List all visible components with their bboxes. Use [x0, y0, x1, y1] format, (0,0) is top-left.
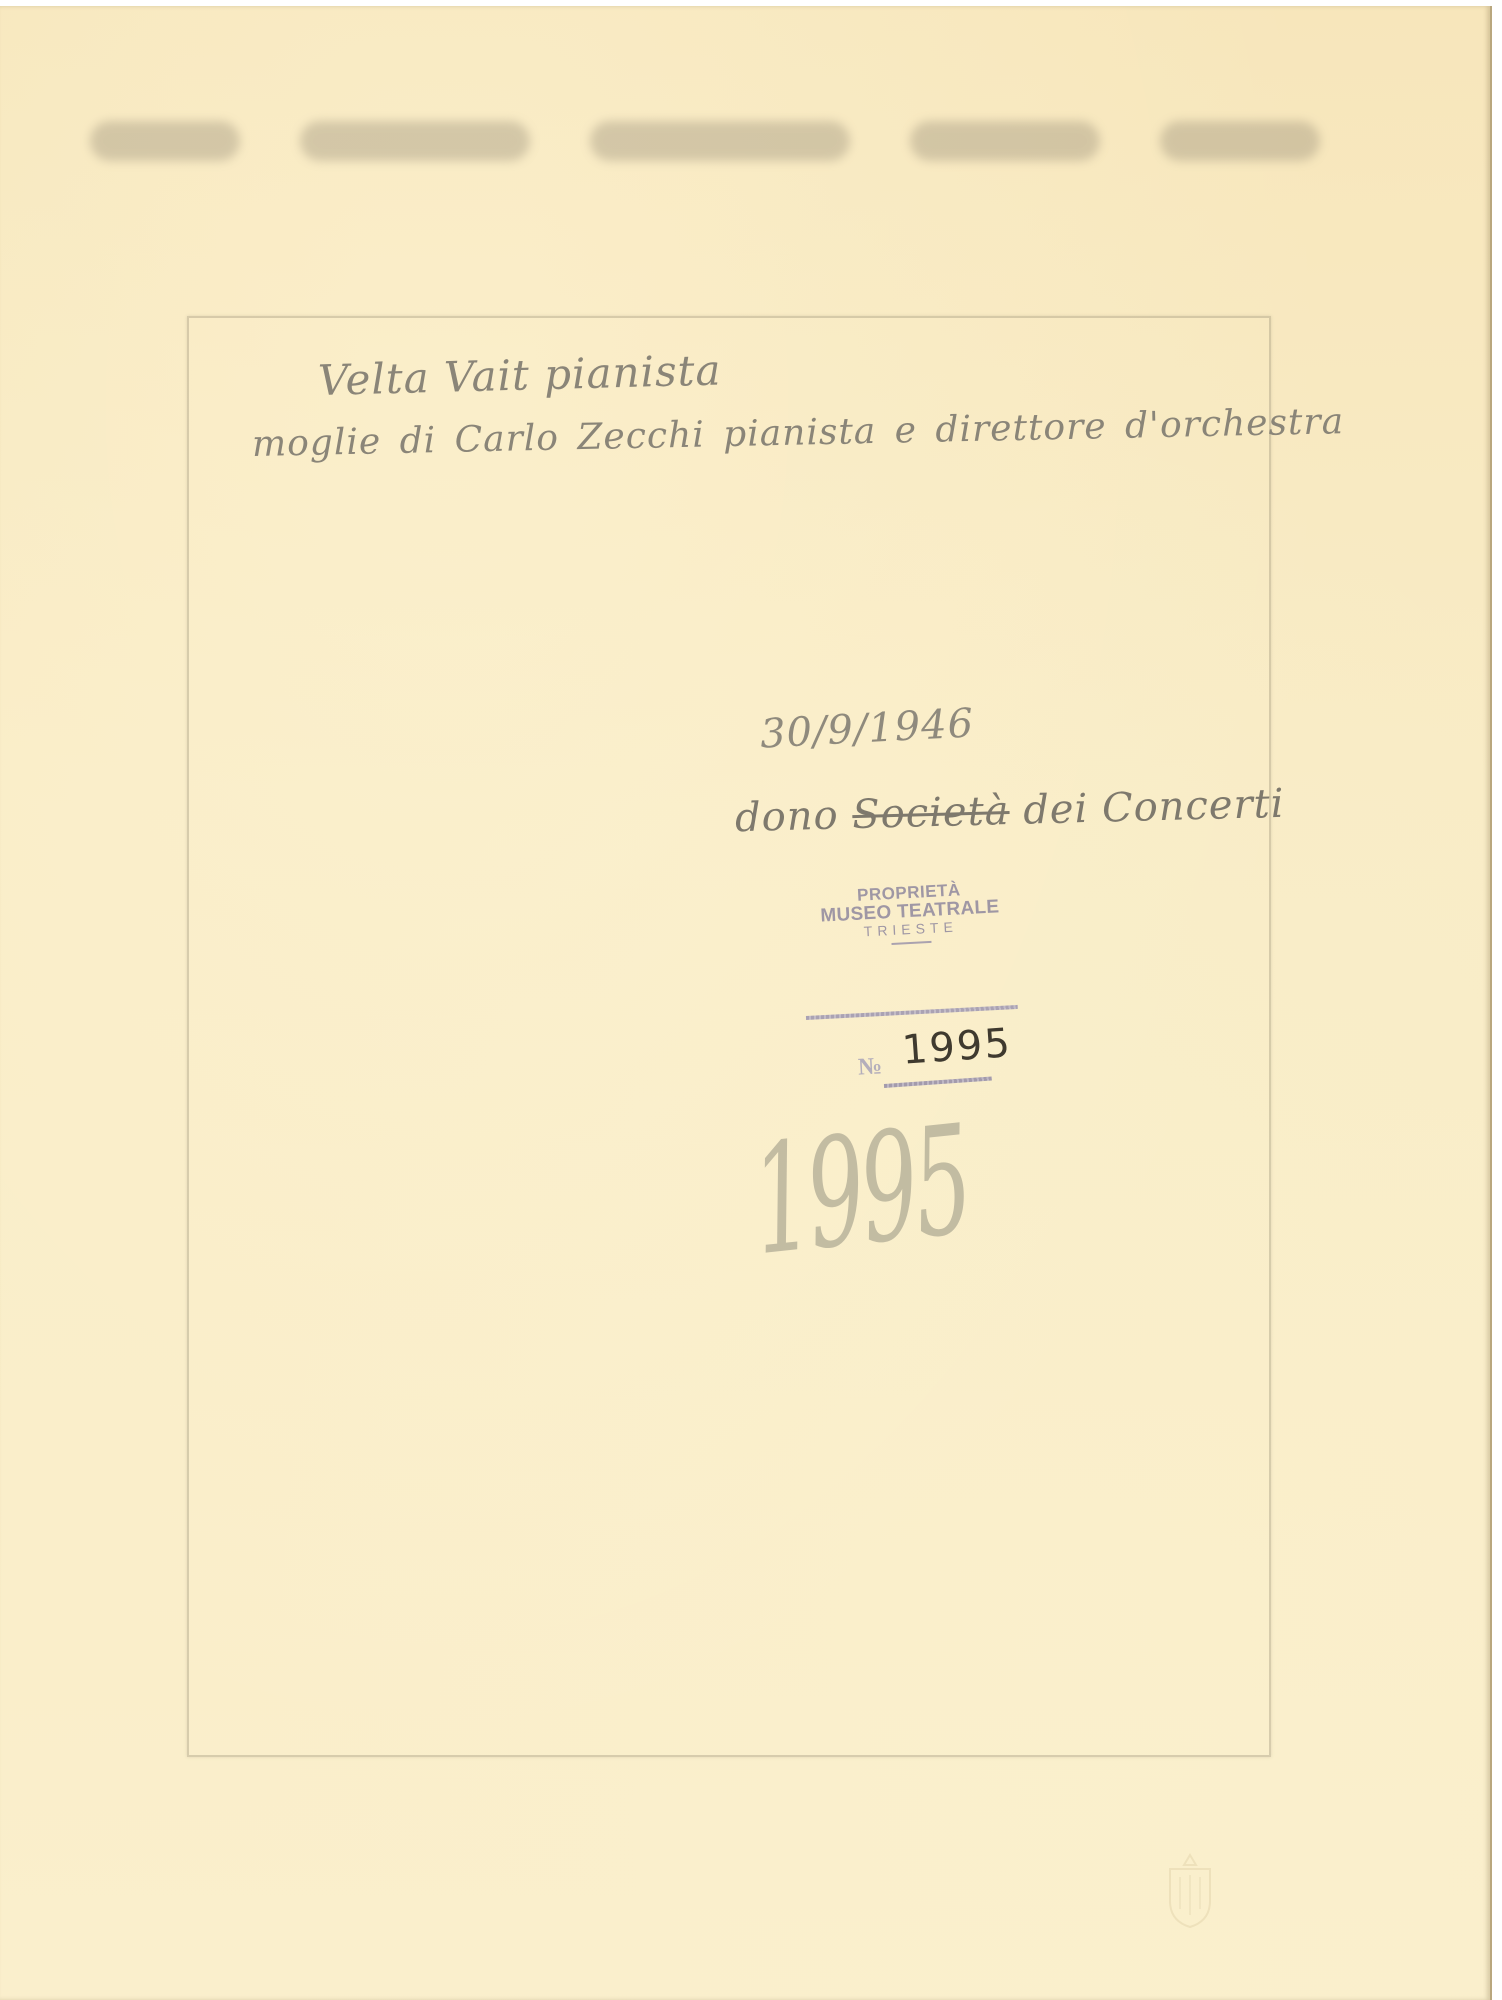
museum-property-stamp: PROPRIETÀ MUSEO TEATRALE TRIESTE	[799, 878, 1022, 950]
inventory-number-label: №	[857, 1053, 883, 1081]
plate-mark-border	[187, 316, 1271, 1757]
show-through-text	[90, 101, 1390, 181]
donation-struck-word: Società	[852, 788, 1010, 838]
crest-emboss-icon	[1160, 1851, 1220, 1931]
inventory-number: 1995	[901, 1020, 1014, 1074]
pencil-inventory-number: 1995	[745, 1094, 977, 1289]
document-card: Velta Vait pianista moglie di Carlo Zecc…	[0, 6, 1492, 2000]
donation-suffix: dei Concerti	[1023, 781, 1285, 834]
donation-prefix: dono	[734, 792, 839, 841]
